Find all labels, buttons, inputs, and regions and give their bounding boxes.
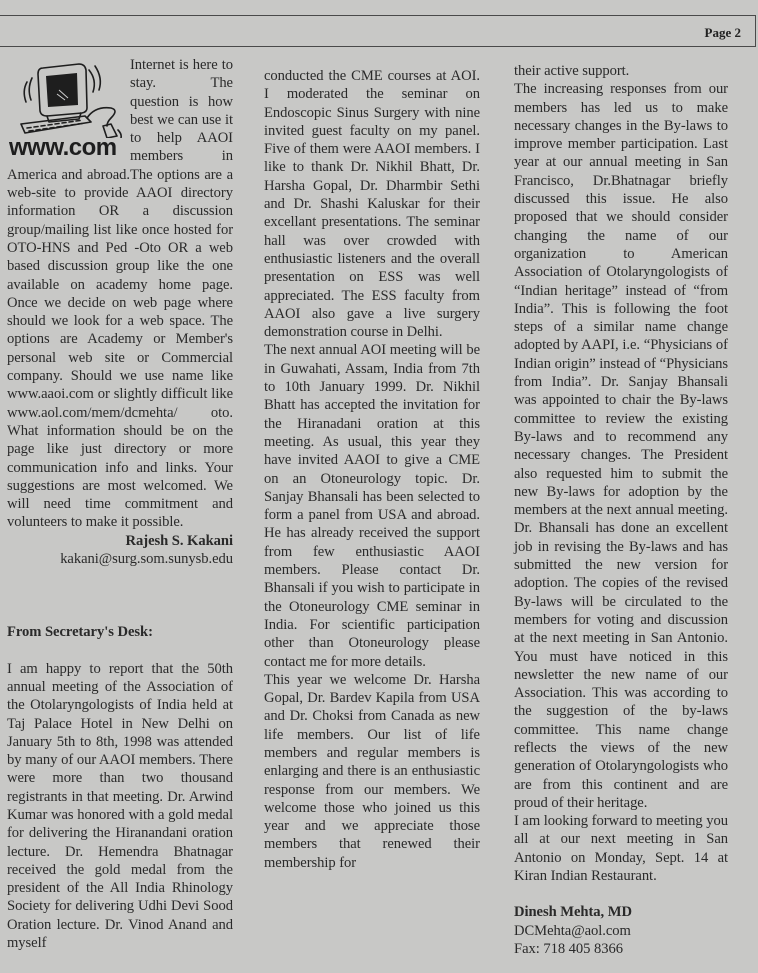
page-number: Page 2 (705, 25, 741, 41)
section-heading-secretary: From Secretary's Desk: (7, 623, 233, 641)
clipart-caption: www.com (9, 136, 117, 160)
secretary-article-col1: I am happy to report that the 50th annua… (7, 660, 233, 953)
secretary-article-col2-para3: This year we welcome Dr. Harsha Gopal, D… (264, 671, 480, 872)
internet-article-signature: Rajesh S. Kakani kakani@surg.som.sunysb.… (7, 532, 233, 569)
secretary-fax: Fax: 718 405 8366 (514, 940, 728, 958)
column-1: www.com Internet is here to stay. The qu… (7, 56, 233, 952)
secretary-email[interactable]: DCMehta@aol.com (514, 922, 728, 940)
secretary-article-col2-para2: The next annual AOI meeting will be in G… (264, 341, 480, 670)
secretary-article-col3-para2: The increasing responses from our member… (514, 80, 728, 812)
secretary-article-col3-para3: I am looking forward to meeting you all … (514, 812, 728, 885)
column-2: conducted the CME courses at AOI. I mode… (264, 67, 480, 872)
author-email[interactable]: kakani@surg.som.sunysb.edu (60, 551, 233, 567)
secretary-article-col2-para1: conducted the CME courses at AOI. I mode… (264, 67, 480, 341)
column-3: their active support. The increasing res… (514, 62, 728, 958)
secretary-article-col3-para1: their active support. (514, 62, 728, 80)
page-header-bar: Page 2 (0, 15, 756, 47)
computer-clipart: www.com (7, 56, 128, 160)
author-name: Rajesh S. Kakani (126, 533, 233, 549)
secretary-name: Dinesh Mehta, MD (514, 903, 728, 921)
secretary-signature: Dinesh Mehta, MD DCMehta@aol.com Fax: 71… (514, 903, 728, 958)
computer-monitor-keyboard-mouse-icon (7, 56, 128, 138)
